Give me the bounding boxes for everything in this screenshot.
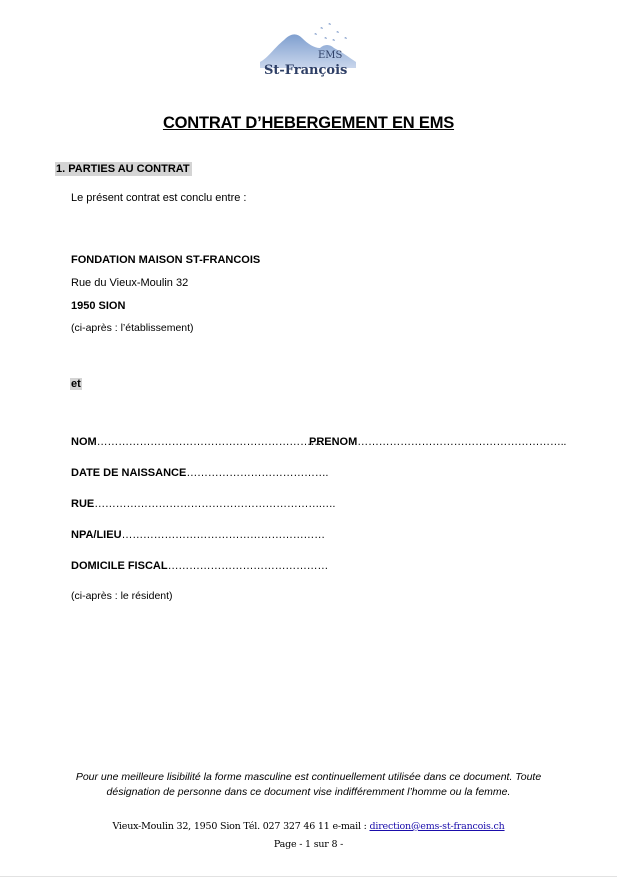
svg-text:St-François: St-François [264, 63, 347, 78]
ems-logo: EMS St-François [258, 18, 358, 80]
establishment-alias: (ci-après : l’établissement) [71, 322, 194, 334]
svg-text:EMS: EMS [318, 50, 343, 61]
mountain-birds-logo-icon: EMS St-François [258, 18, 358, 80]
resident-alias: (ci-après : le résident) [71, 590, 173, 602]
establishment-name: FONDATION MAISON ST-FRANCOIS [71, 254, 260, 266]
footer-page-number: Page - 1 sur 8 - [0, 839, 617, 850]
field-nom[interactable]: NOM…………………………………………………………. [71, 436, 335, 448]
field-rue[interactable]: RUE……………………………………………………….…. [71, 498, 335, 510]
field-npa-lieu[interactable]: NPA/LIEU………………………………………………… [71, 529, 325, 541]
document-page: EMS St-François CONTRAT D’HEBERGEMENT EN… [0, 0, 617, 877]
intro-text: Le présent contrat est conclu entre : [71, 192, 247, 204]
establishment-street: Rue du Vieux-Moulin 32 [71, 277, 188, 289]
gender-note: Pour une meilleure lisibilité la forme m… [0, 770, 617, 800]
section-heading-parties: 1. PARTIES AU CONTRAT [55, 162, 192, 176]
conjunction-et: et [70, 378, 82, 390]
establishment-city: 1950 SION [71, 300, 125, 312]
footer-address: Vieux-Moulin 32, 1950 Sion Tél. 027 327 … [0, 821, 617, 832]
field-prenom[interactable]: PRENOM………………………………………………….. [309, 436, 566, 448]
footer-email-link[interactable]: direction@ems-st-francois.ch [369, 821, 504, 832]
document-title: CONTRAT D’HEBERGEMENT EN EMS [0, 114, 617, 133]
field-domicile-fiscal[interactable]: DOMICILE FISCAL……………………………………… [71, 560, 328, 572]
field-date-de-naissance[interactable]: DATE DE NAISSANCE…………………………………. [71, 467, 328, 479]
